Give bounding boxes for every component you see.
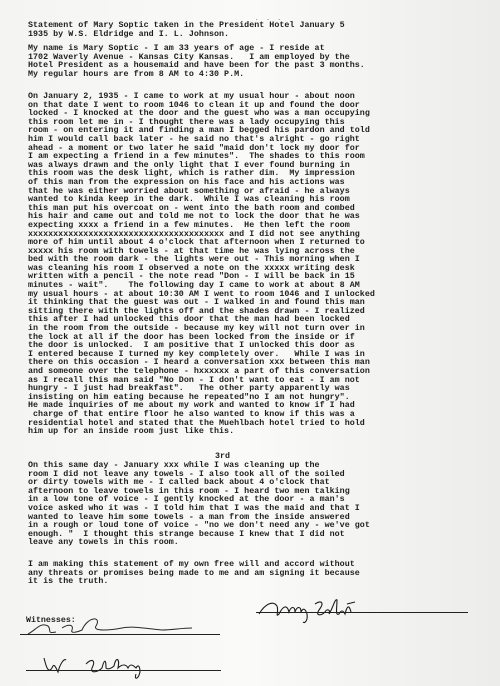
text-line: him up for an inside room just like this… <box>28 427 498 436</box>
paragraph-voluntary: I am making this statement of my own fre… <box>28 560 498 586</box>
signature-line-witness-2 <box>26 670 221 671</box>
text-line: 1935 by W.S. Eldridge and I. L. Johnson. <box>28 30 498 39</box>
paragraph-account: On January 2, 1935 - I came to work at m… <box>28 92 498 436</box>
text-line: it is the truth. <box>28 577 498 586</box>
signature-declarant <box>255 592 385 628</box>
signature-witness-2 <box>40 650 180 682</box>
signature-witness-1 <box>22 612 222 642</box>
signature-line-declarant <box>256 612 468 613</box>
paragraph-third: On this same day - January xxx while I w… <box>28 461 498 547</box>
text-line: My regular hours are from 8 AM to 4:30 P… <box>28 70 498 79</box>
text-line: leave any towels in this room. <box>28 538 498 547</box>
statement-title: Statement of Mary Soptic taken in the Pr… <box>28 21 498 38</box>
signature-line-witness-1 <box>20 634 220 635</box>
document-page: . . . Statement of Mary Soptic taken in … <box>0 0 500 686</box>
paragraph-identity: My name is Mary Soptic - I am 33 years o… <box>28 44 498 78</box>
